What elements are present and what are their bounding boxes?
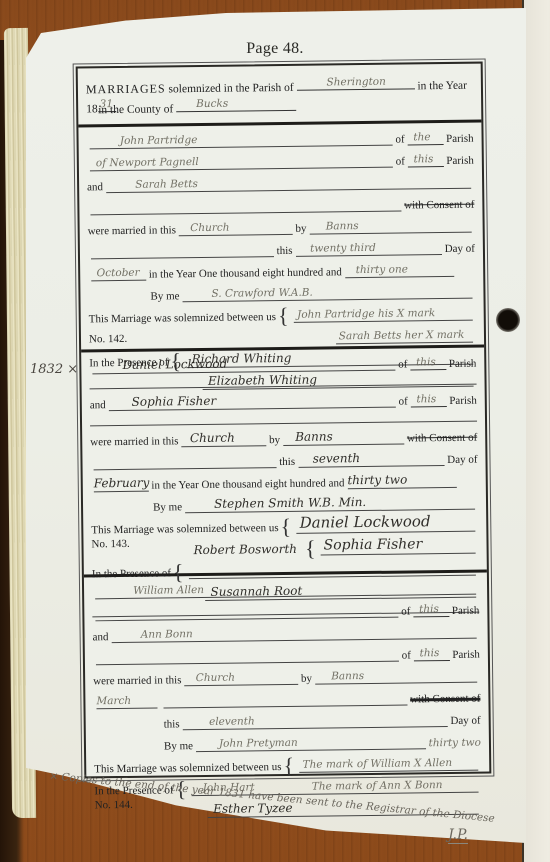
label-this: this: [164, 718, 180, 730]
label-parish: Parish: [449, 395, 477, 407]
bride-parish: this: [420, 647, 440, 659]
header-text: solemnized in the Parish of: [168, 82, 293, 96]
label-by-me: By me: [150, 290, 179, 302]
entry-number: No. 142.: [89, 333, 127, 345]
label-parish: Parish: [452, 605, 480, 617]
ink-blot: [496, 308, 520, 332]
label-and: and: [87, 181, 103, 193]
month: February: [94, 476, 150, 491]
label-by: by: [301, 673, 312, 685]
label-day-of: Day of: [447, 454, 477, 466]
label-parish: Parish: [446, 155, 474, 167]
marriage-entry-143: Daniel Lockwoodof this Parish andSophia …: [81, 348, 487, 578]
place: Church: [190, 431, 235, 446]
year-words: thirty two: [428, 737, 481, 750]
signature-groom: Daniel Lockwood: [300, 512, 431, 532]
label-by-me: By me: [164, 740, 193, 752]
signature-bride: Sarah Betts her X mark: [339, 329, 465, 343]
footer-initials: J.P.: [448, 827, 468, 844]
label-of: of: [398, 358, 407, 370]
bride-name: Ann Bonn: [141, 628, 193, 641]
label-by: by: [295, 223, 306, 235]
page-number: Page 48.: [0, 40, 550, 58]
label-married: were married in this: [90, 435, 178, 448]
label-this: this: [279, 456, 295, 468]
label-consent: with Consent of: [407, 432, 477, 445]
label-of: of: [402, 649, 411, 661]
bride-parish: this: [416, 393, 436, 405]
label-and: and: [90, 399, 106, 411]
day: twenty third: [310, 242, 376, 255]
groom-name: John Partridge: [120, 134, 198, 147]
margin-note-1832: 1832 ×: [30, 362, 78, 377]
label-of: of: [399, 395, 408, 407]
signature-groom: John Partridge his X mark: [297, 307, 435, 321]
label-of: of: [396, 155, 405, 167]
month: October: [97, 267, 140, 280]
groom-name: Daniel Lockwood: [123, 357, 228, 372]
year-words: thirty one: [356, 263, 408, 276]
entry-number: No. 144.: [95, 799, 133, 811]
bride-parish: this: [414, 153, 434, 165]
groom-parish: the: [413, 131, 430, 143]
place: Church: [196, 672, 235, 684]
label-consent: with Consent of: [404, 199, 474, 212]
label-by-me: By me: [153, 501, 182, 513]
header-title: MARRIAGES: [86, 81, 166, 96]
bride-name: Sarah Betts: [135, 178, 198, 191]
officiant: S. Crawford W.A.B.: [211, 287, 312, 300]
banns: Banns: [295, 429, 333, 443]
day: seventh: [313, 451, 361, 466]
entry-number: No. 143.: [91, 538, 129, 550]
label-this: this: [277, 245, 293, 257]
label-married: were married in this: [88, 224, 176, 237]
banns: Banns: [326, 220, 359, 232]
officiant: John Pretyman: [219, 737, 298, 750]
next-page-edge: [522, 0, 550, 862]
groom-parish: this: [419, 603, 439, 615]
register-form: MARRIAGES solemnized in the Parish of Sh…: [76, 62, 492, 779]
signature-bride: Sophia Fisher: [324, 536, 423, 553]
officiant: Stephen Smith W.B. Min.: [214, 495, 366, 511]
groom-name: William Allen: [133, 584, 204, 597]
groom-abode: of Newport Pagnell: [96, 156, 199, 169]
label-day-of: Day of: [450, 715, 480, 727]
county-label: in the County of: [98, 103, 173, 116]
label-parish: Parish: [446, 133, 474, 145]
bride-name: Sophia Fisher: [132, 394, 217, 409]
year-words: thirty two: [347, 472, 407, 487]
label-day-of: Day of: [445, 243, 475, 255]
label-and: and: [93, 631, 109, 643]
marriage-entry-144: William Allen of this Parish andAnn Bonn…: [84, 573, 489, 778]
month: March: [96, 695, 131, 707]
label-parish: Parish: [452, 649, 480, 661]
label-parish: Parish: [449, 358, 477, 370]
label-of: of: [401, 605, 410, 617]
register-header: MARRIAGES solemnized in the Parish of Sh…: [78, 64, 482, 128]
label-by: by: [269, 434, 280, 446]
label-consent: with Consent of: [410, 693, 480, 706]
banns: Banns: [331, 670, 364, 682]
marriage-entry-142: John Partridgeof the Parish of Newport P…: [78, 123, 484, 353]
witness-1: Robert Bosworth: [193, 542, 297, 557]
parish-name: Sherington: [326, 76, 385, 89]
signature-groom: The mark of William X Allen: [303, 757, 453, 771]
groom-parish: this: [416, 356, 436, 368]
day: eleventh: [209, 715, 255, 728]
signature-bride: The mark of Ann X Bonn: [312, 779, 443, 793]
place: Church: [190, 222, 229, 234]
label-of: of: [395, 134, 404, 146]
label-married: were married in this: [93, 674, 181, 687]
county-name: Bucks: [196, 98, 228, 110]
